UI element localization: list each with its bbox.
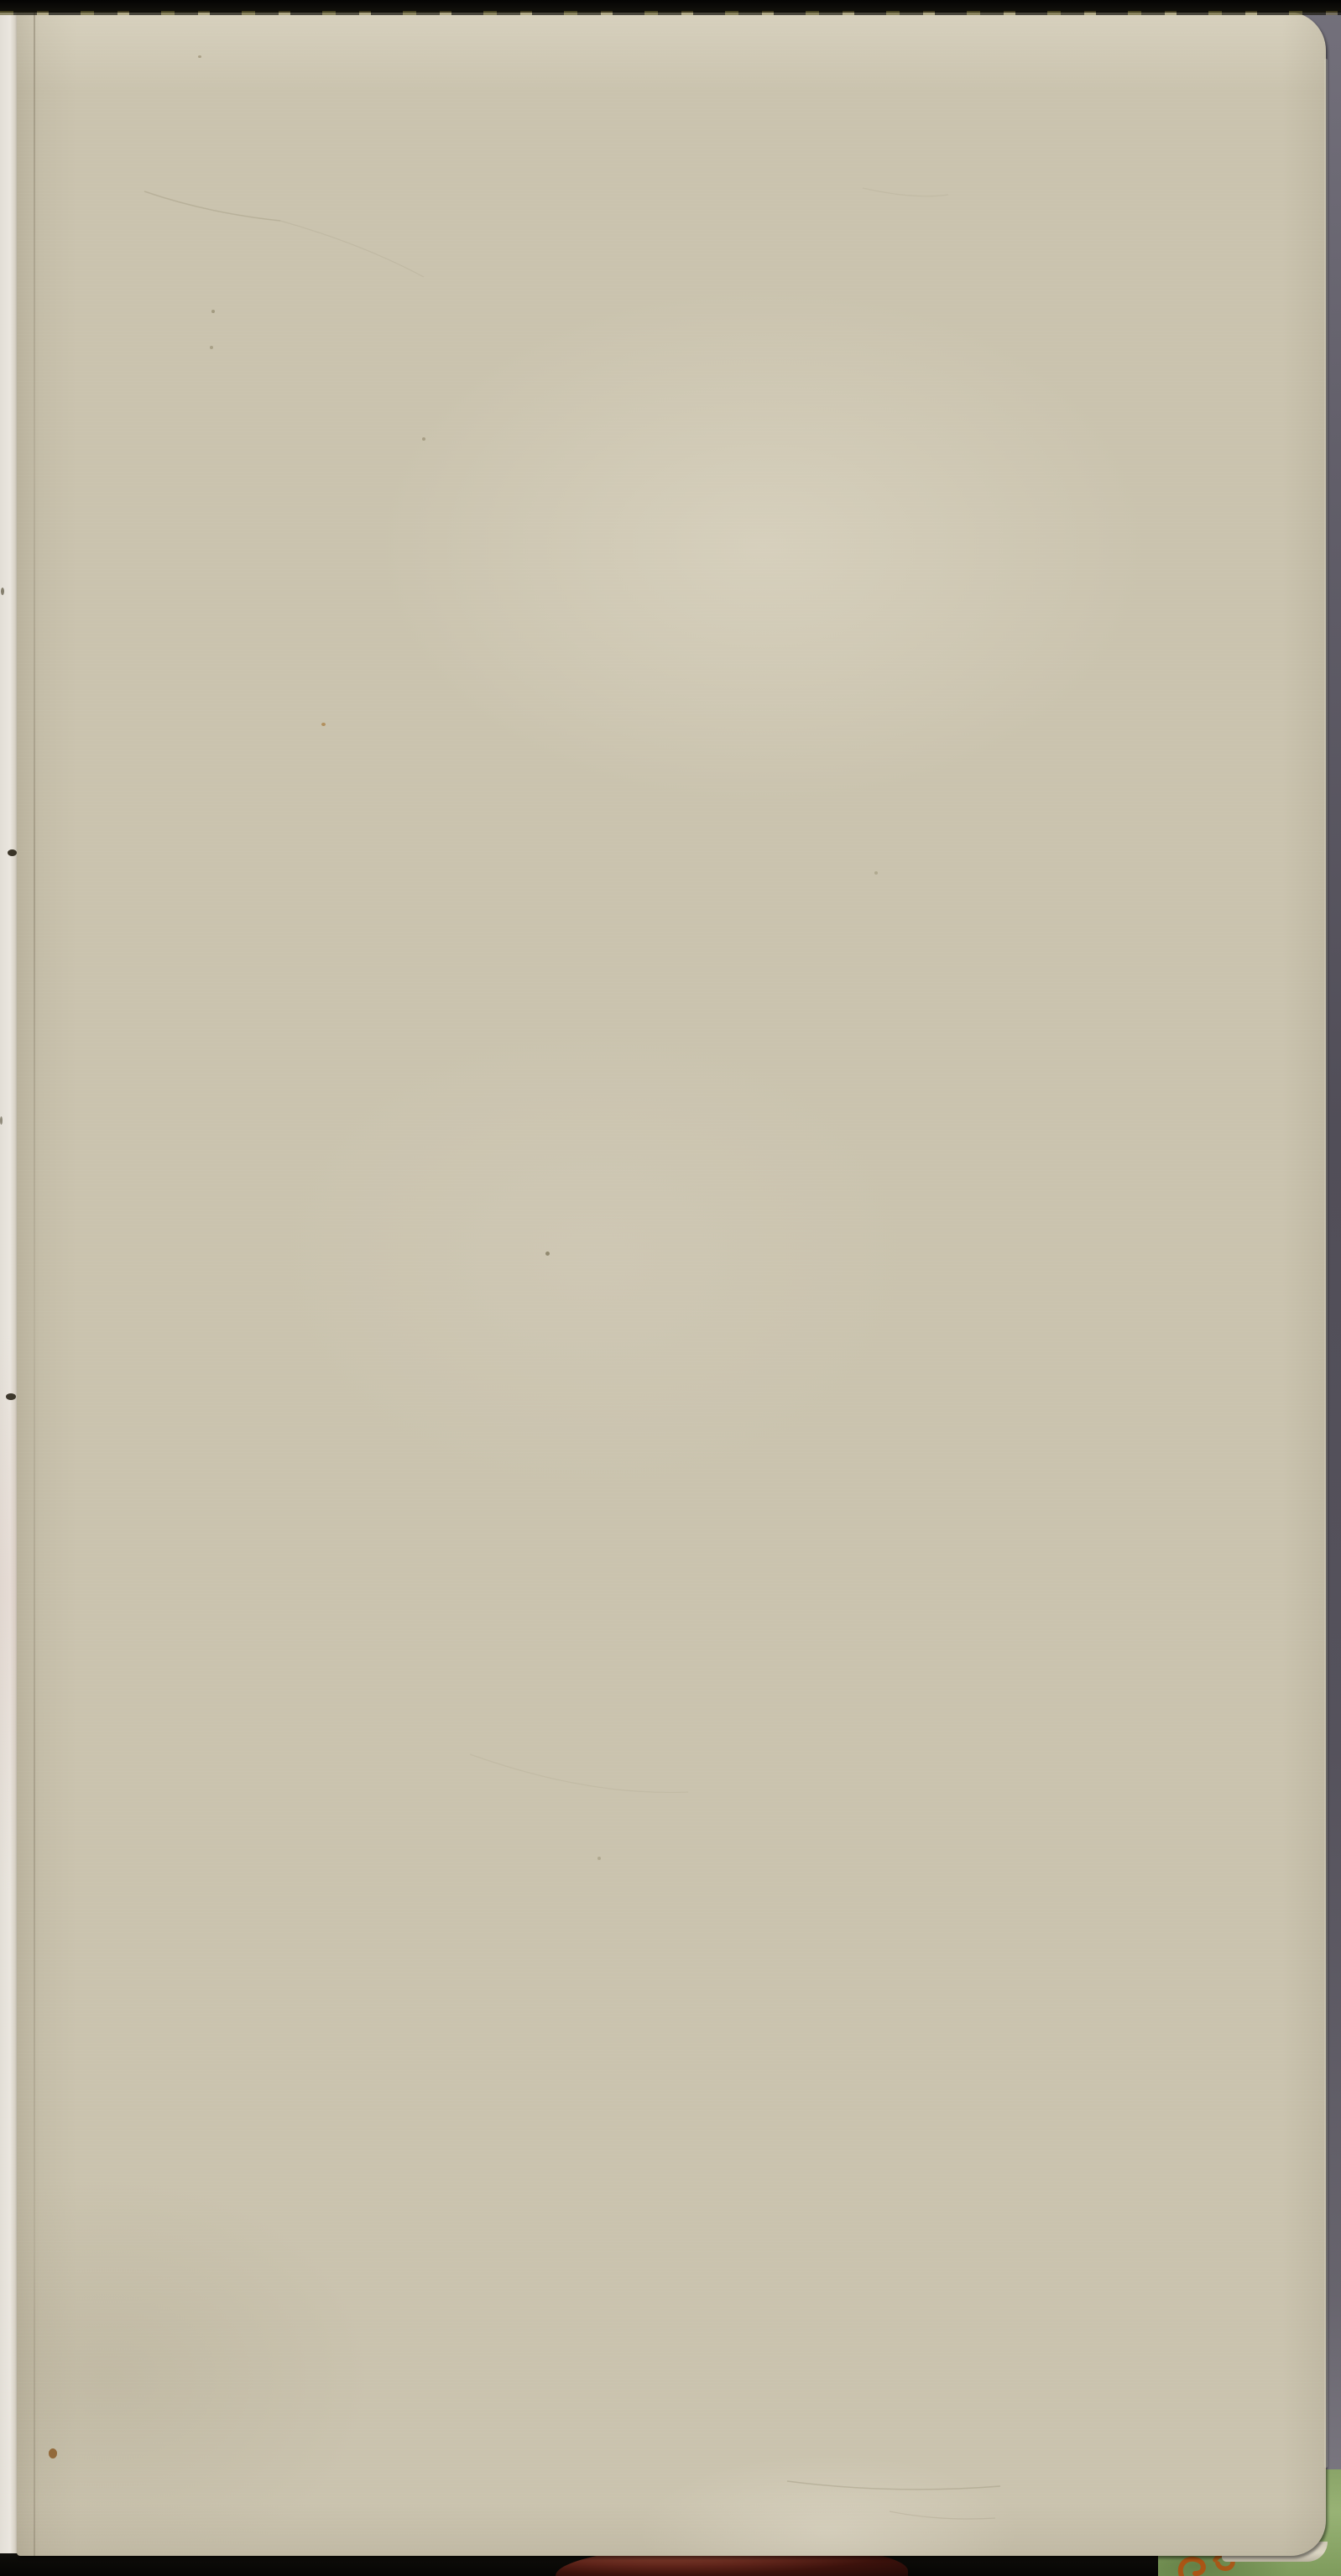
blank-page <box>17 12 1326 2556</box>
top-cover-edge <box>0 0 1341 13</box>
orange-glyph-stroke <box>1181 2559 1203 2576</box>
book-scan <box>0 0 1341 2576</box>
under-page-strip <box>0 10 18 2553</box>
gutter-crease-line <box>34 12 35 2556</box>
page-edge-highlight <box>1324 59 1328 2468</box>
